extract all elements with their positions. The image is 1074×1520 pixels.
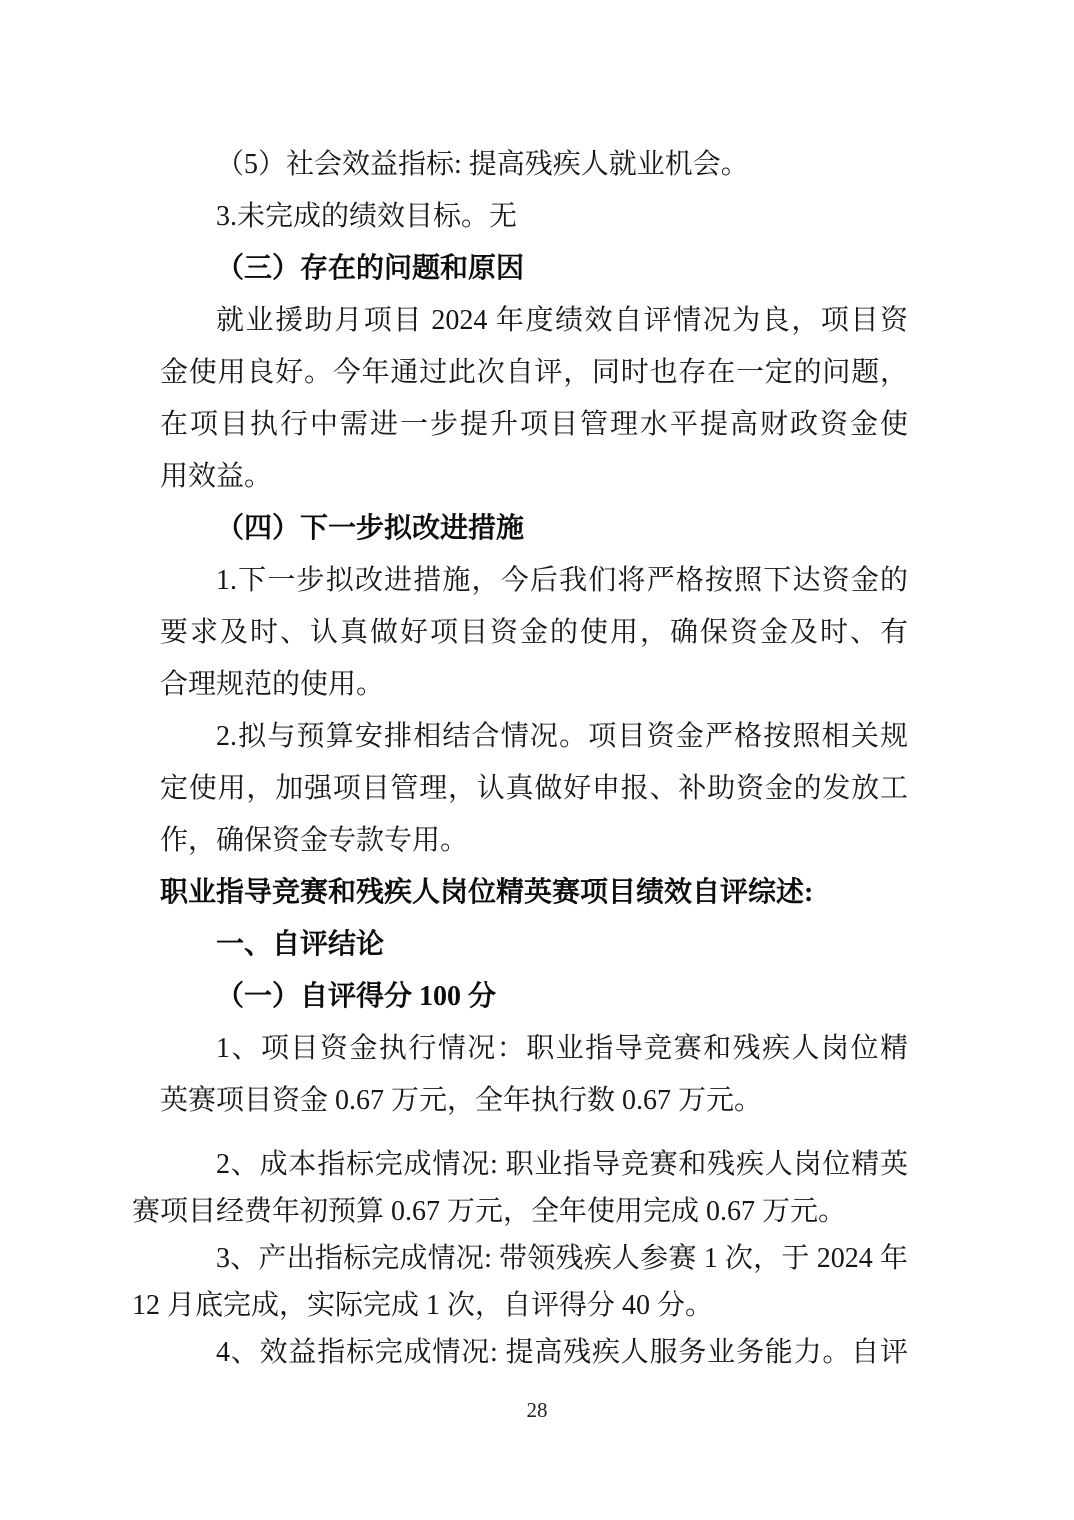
text-line: 4、效益指标完成情况: 提高残疾人服务业务能力。自评 bbox=[160, 1329, 908, 1376]
text-line: 作，确保资金专款专用。 bbox=[160, 815, 908, 867]
text-line: 用效益。 bbox=[160, 451, 908, 503]
text-line: 3.未完成的绩效目标。无 bbox=[160, 191, 908, 243]
text-line: 职业指导竞赛和残疾人岗位精英赛项目绩效自评综述: bbox=[160, 867, 908, 919]
text-line: 1.下一步拟改进措施，今后我们将严格按照下达资金的 bbox=[160, 555, 908, 607]
text-line: 3、产出指标完成情况: 带领残疾人参赛 1 次，于 2024 年 bbox=[160, 1235, 908, 1282]
text-line: 12 月底完成，实际完成 1 次，自评得分 40 分。 bbox=[132, 1282, 908, 1329]
text-line: 定使用，加强项目管理，认真做好申报、补助资金的发放工 bbox=[160, 763, 908, 815]
text-line: 合理规范的使用。 bbox=[160, 659, 908, 711]
text-line: 2、成本指标完成情况: 职业指导竞赛和残疾人岗位精英 bbox=[160, 1141, 908, 1188]
text-line: 英赛项目资金 0.67 万元，全年执行数 0.67 万元。 bbox=[160, 1075, 908, 1127]
text-line: 要求及时、认真做好项目资金的使用，确保资金及时、有效、 bbox=[160, 607, 908, 659]
text-line: 赛项目经费年初预算 0.67 万元，全年使用完成 0.67 万元。 bbox=[132, 1188, 908, 1235]
document-page: （5）社会效益指标: 提高残疾人就业机会。3.未完成的绩效目标。无（三）存在的问… bbox=[0, 0, 1074, 1520]
text-line: （三）存在的问题和原因 bbox=[160, 243, 908, 295]
text-line: （四）下一步拟改进措施 bbox=[160, 503, 908, 555]
text-line: 就业援助月项目 2024 年度绩效自评情况为良，项目资 bbox=[160, 295, 908, 347]
page-number: 28 bbox=[0, 1398, 1074, 1423]
text-line: 金使用良好。今年通过此次自评，同时也存在一定的问题， bbox=[160, 347, 908, 399]
text-line: 一、自评结论 bbox=[160, 919, 908, 971]
text-line: 在项目执行中需进一步提升项目管理水平提高财政资金使 bbox=[160, 399, 908, 451]
document-body: （5）社会效益指标: 提高残疾人就业机会。3.未完成的绩效目标。无（三）存在的问… bbox=[160, 139, 908, 1376]
text-line: 2.拟与预算安排相结合情况。项目资金严格按照相关规 bbox=[160, 711, 908, 763]
text-line: （5）社会效益指标: 提高残疾人就业机会。 bbox=[160, 139, 908, 191]
text-line: 1、项目资金执行情况：职业指导竞赛和残疾人岗位精 bbox=[160, 1023, 908, 1075]
text-line: （一）自评得分 100 分 bbox=[160, 971, 908, 1023]
